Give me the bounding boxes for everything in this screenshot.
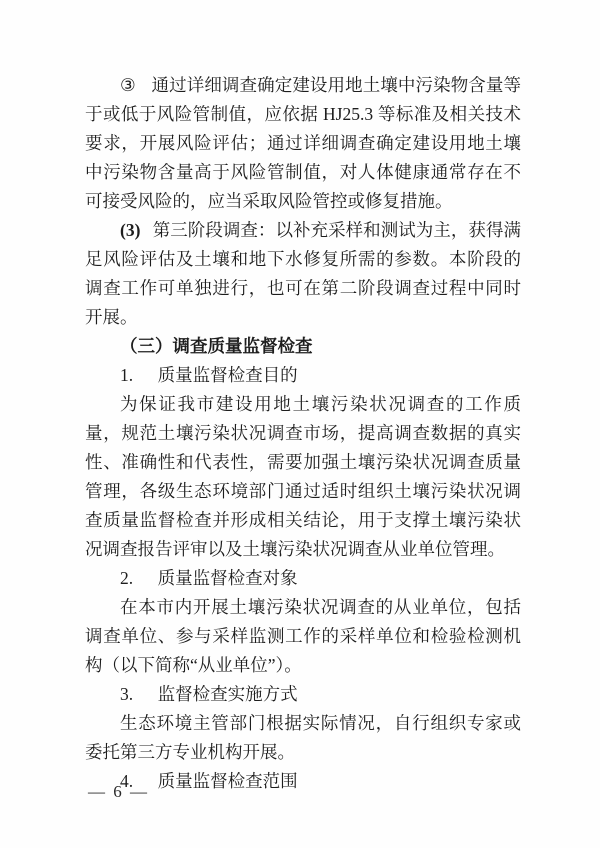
paragraph-circled-item-3: ③通过详细调查确定建设用地土壤中污染物含量等于或低于风险管制值，应依据 HJ25… <box>85 71 521 216</box>
circled-3-marker: ③ <box>120 75 136 95</box>
numbered-heading-3: 3.监督检查实施方式 <box>85 680 521 709</box>
item-number: 2. <box>120 568 133 588</box>
section-heading-quality-supervision: （三）调查质量监督检查 <box>85 332 521 361</box>
numbered-heading-4: 4.质量监督检查范围 <box>85 767 521 796</box>
paragraph-purpose: 为保证我市建设用地土壤污染状况调查的工作质量，规范土壤污染状况调查市场，提高调查… <box>85 390 521 564</box>
paragraph-implementation-method: 生态环境主管部门根据实际情况，自行组织专家或委托第三方专业机构开展。 <box>85 709 521 767</box>
page-number-footer: — 6 — <box>88 782 149 802</box>
numbered-heading-text: 监督检查实施方式 <box>158 684 298 704</box>
item-number: 3. <box>120 684 133 704</box>
document-body: ③通过详细调查确定建设用地土壤中污染物含量等于或低于风险管制值，应依据 HJ25… <box>85 71 521 796</box>
paragraph-text: 第三阶段调查：以补充采样和测试为主，获得满足风险评估及土壤和地下水修复所需的参数… <box>85 220 521 327</box>
item-number: 1. <box>120 365 133 385</box>
paragraph-inspection-targets: 在本市内开展土壤污染状况调查的从业单位，包括调查单位、参与采样监测工作的采样单位… <box>85 593 521 680</box>
document-page: ③通过详细调查确定建设用地土壤中污染物含量等于或低于风险管制值，应依据 HJ25… <box>0 0 600 848</box>
numbered-heading-1: 1.质量监督检查目的 <box>85 361 521 390</box>
item-3-bold-marker: (3) <box>120 220 140 240</box>
numbered-heading-text: 质量监督检查范围 <box>158 771 298 791</box>
paragraph-text: 通过详细调查确定建设用地土壤中污染物含量等于或低于风险管制值，应依据 HJ25.… <box>85 75 521 211</box>
numbered-heading-text: 质量监督检查目的 <box>158 365 298 385</box>
numbered-heading-2: 2.质量监督检查对象 <box>85 564 521 593</box>
numbered-heading-text: 质量监督检查对象 <box>158 568 298 588</box>
paragraph-phase-3-survey: (3)第三阶段调查：以补充采样和测试为主，获得满足风险评估及土壤和地下水修复所需… <box>85 216 521 332</box>
